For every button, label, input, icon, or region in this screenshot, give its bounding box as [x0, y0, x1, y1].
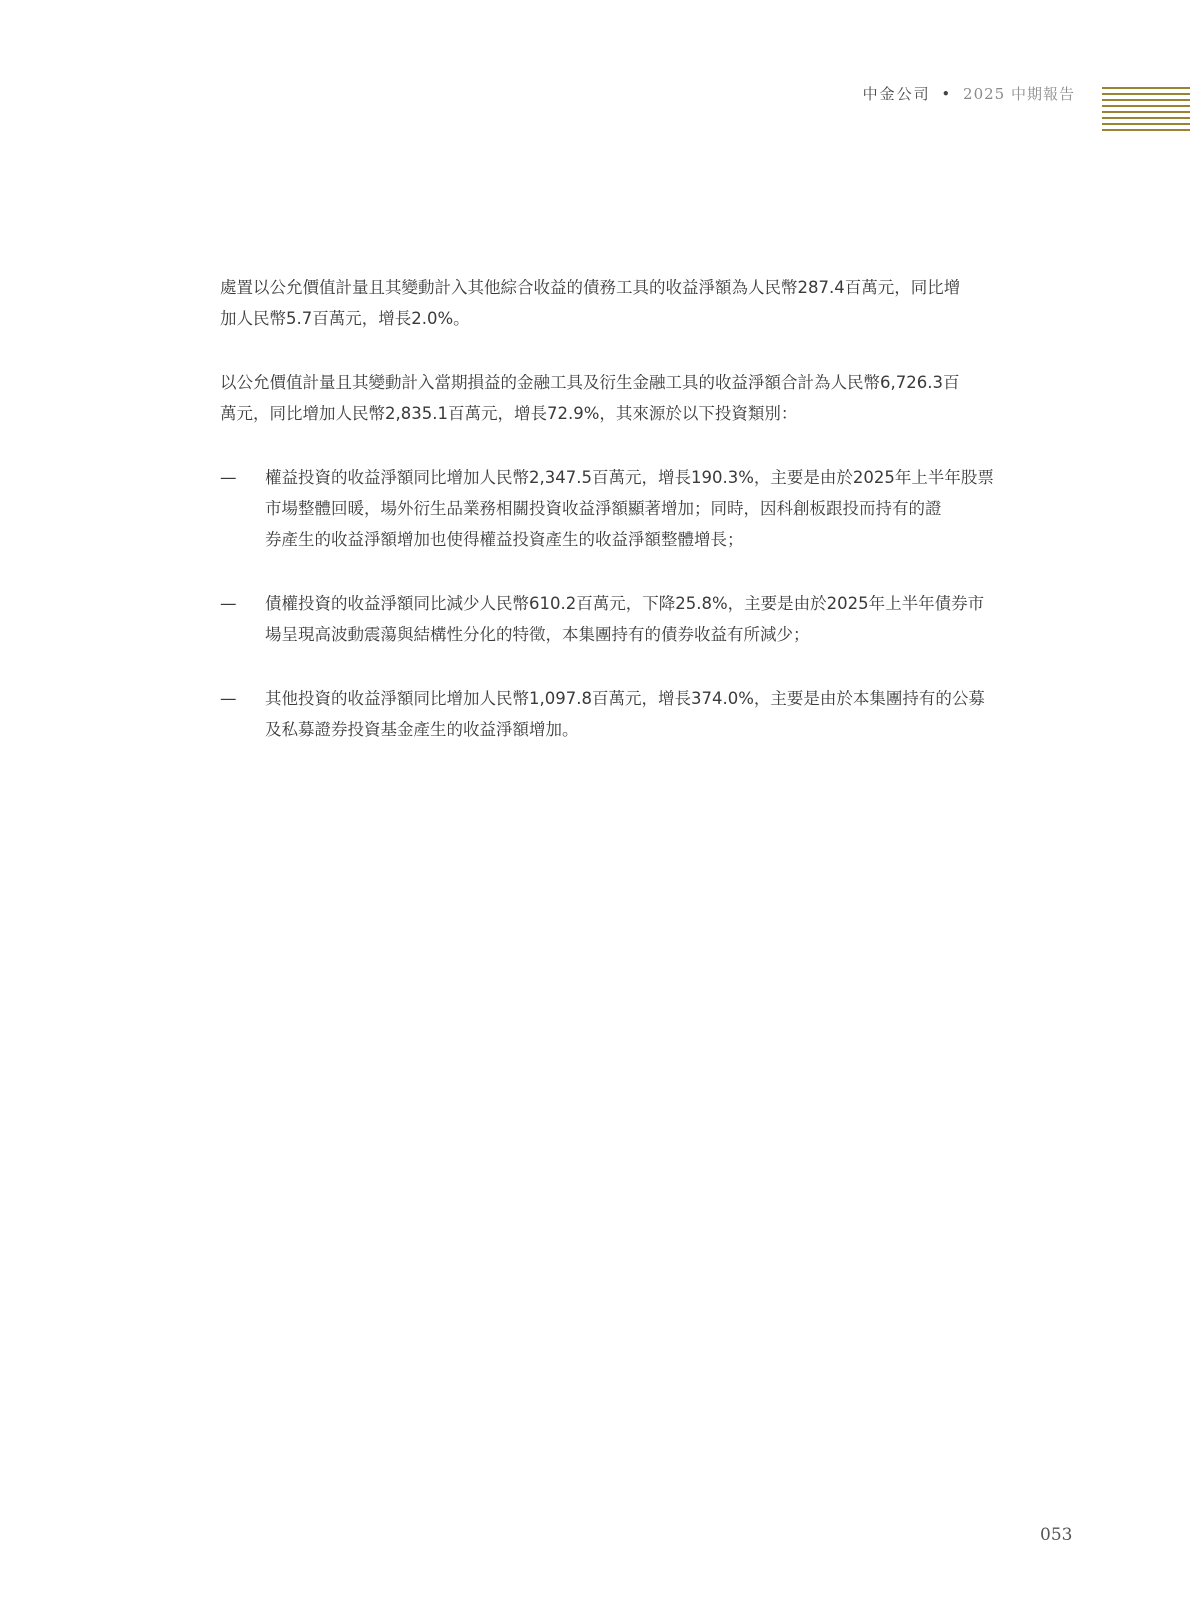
dash-bullet-icon: — [220, 588, 240, 619]
bullet-line: 債權投資的收益淨額同比減少人民幣610.2百萬元，下降25.8%，主要是由於20… [265, 588, 1078, 619]
paragraph-fvtpl-summary: 以公允價值計量且其變動計入當期損益的金融工具及衍生金融工具的收益淨額合計為人民幣… [220, 367, 1078, 429]
company-name: 中金公司 [863, 85, 931, 103]
bullet-line: 市場整體回暖，場外衍生品業務相關投資收益淨額顯著增加；同時，因科創板跟投而持有的… [265, 493, 1078, 524]
running-header: 中金公司 • 2025 中期報告 [863, 84, 1075, 104]
bullet-debt-investment: — 債權投資的收益淨額同比減少人民幣610.2百萬元，下降25.8%，主要是由於… [220, 588, 1078, 650]
dash-bullet-icon: — [220, 462, 240, 493]
bullet-line: 權益投資的收益淨額同比增加人民幣2,347.5百萬元，增長190.3%，主要是由… [265, 462, 1078, 493]
paragraph-line: 加人民幣5.7百萬元，增長2.0%。 [220, 303, 1078, 334]
bullet-line: 及私募證券投資基金產生的收益淨額增加。 [265, 714, 1078, 745]
paragraph-line: 處置以公允價值計量且其變動計入其他綜合收益的債務工具的收益淨額為人民幣287.4… [220, 272, 1078, 303]
dash-bullet-icon: — [220, 683, 240, 714]
report-title: 2025 中期報告 [963, 85, 1075, 103]
bullet-line: 場呈現高波動震蕩與結構性分化的特徵，本集團持有的債券收益有所減少； [265, 619, 1078, 650]
page-number: 053 [1040, 1525, 1072, 1545]
paragraph-line: 萬元，同比增加人民幣2,835.1百萬元，增長72.9%，其來源於以下投資類別： [220, 398, 1078, 429]
bullet-other-investment: — 其他投資的收益淨額同比增加人民幣1,097.8百萬元，增長374.0%，主要… [220, 683, 1078, 745]
decorative-stripes-icon [1102, 87, 1190, 135]
bullet-equity-investment: — 權益投資的收益淨額同比增加人民幣2,347.5百萬元，增長190.3%，主要… [220, 462, 1078, 555]
bullet-line: 其他投資的收益淨額同比增加人民幣1,097.8百萬元，增長374.0%，主要是由… [265, 683, 1078, 714]
header-separator: • [941, 85, 950, 103]
bullet-line: 券產生的收益淨額增加也使得權益投資產生的收益淨額整體增長； [265, 524, 1078, 555]
paragraph-line: 以公允價值計量且其變動計入當期損益的金融工具及衍生金融工具的收益淨額合計為人民幣… [220, 367, 1078, 398]
body-content: 處置以公允價值計量且其變動計入其他綜合收益的債務工具的收益淨額為人民幣287.4… [220, 272, 1078, 778]
paragraph-fvoci-debt: 處置以公允價值計量且其變動計入其他綜合收益的債務工具的收益淨額為人民幣287.4… [220, 272, 1078, 334]
